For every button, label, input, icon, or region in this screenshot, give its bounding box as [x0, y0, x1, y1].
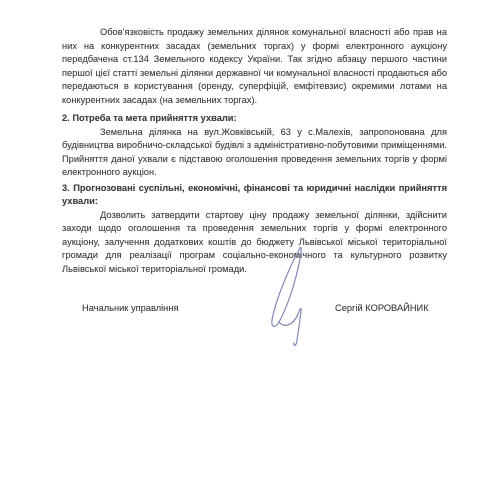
- signer-name: Сергій КОРОВАЙНИК: [335, 302, 429, 316]
- signoff-row: Начальник управління Сергій КОРОВАЙНИК: [62, 302, 447, 316]
- body-paragraph-1: Обов'язковість продажу земельних ділянок…: [62, 26, 447, 107]
- signature-ink-icon: [260, 238, 332, 354]
- signer-title: Начальник управління: [82, 302, 178, 316]
- document-page: Обов'язковість продажу земельних ділянок…: [0, 0, 480, 484]
- body-paragraph-3: Дозволить затвердити стартову ціну прода…: [62, 209, 447, 277]
- document-body: Обов'язковість продажу земельних ділянок…: [62, 26, 447, 316]
- body-paragraph-2: Земельна ділянка на вул.Жовківській, 63 …: [62, 126, 447, 180]
- section-heading-2: 2. Потреба та мета прийняття ухвали:: [62, 112, 447, 126]
- section-heading-3: 3. Прогнозовані суспільні, економічні, ф…: [62, 182, 447, 209]
